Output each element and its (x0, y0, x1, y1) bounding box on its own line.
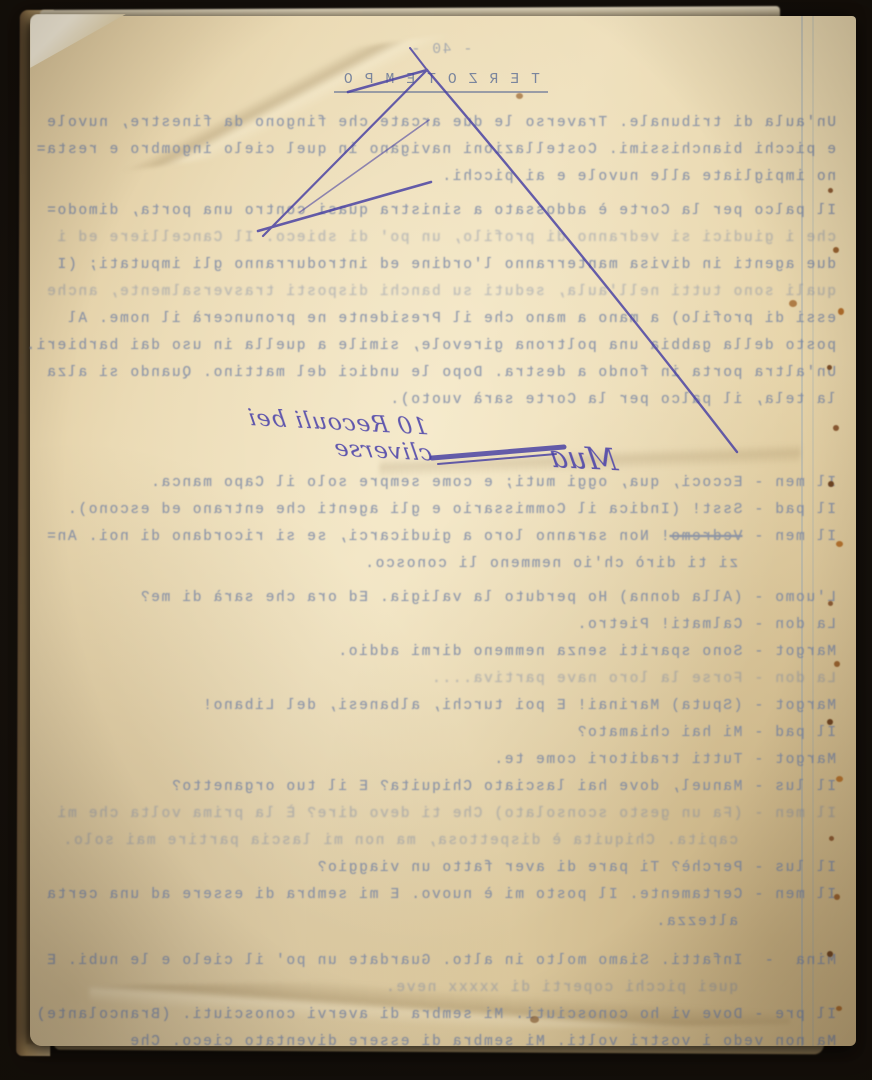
stain-dot (834, 661, 840, 667)
typed-line: Margot - (Sputa) Marinai! E poi turchi, … (46, 693, 836, 720)
stain-dot (827, 365, 832, 370)
typed-line: La don - Calmati! Pietro. (46, 612, 836, 639)
typed-line: posto della gabbia una poltrona girevole… (46, 333, 836, 360)
typed-line: La don - Forse la loro nave partiva.... (46, 666, 836, 693)
typed-line: che i giudici si vedranno di profilo, un… (46, 225, 836, 252)
typed-line: Un'aula di tribunale. Traverso le due ar… (46, 110, 836, 137)
stain-dot (530, 1016, 539, 1023)
typed-line: Il lus - Manuel, dove hai lasciato Chiqu… (46, 774, 836, 801)
stain-dot (836, 1006, 842, 1011)
stain-dot (833, 247, 839, 253)
scan-background: - 40 - T E R Z O T E M P O Un'aula di tr… (0, 0, 872, 1080)
stain-dot (827, 951, 833, 957)
mirrored-content: - 40 - T E R Z O T E M P O Un'aula di tr… (36, 20, 850, 1044)
handwriting-text: Mua 10 Recouli bei cliverse (146, 400, 620, 477)
stain-dot (828, 601, 833, 606)
stain-dot (828, 481, 834, 487)
typed-line: L'uomo - (Alla donna) Ho perduto la vali… (46, 585, 836, 612)
typed-line: Il lus - Perchè? Ti pare di aver fatto u… (46, 855, 836, 882)
typed-line: Margot - Tutti traditori come te. (46, 747, 836, 774)
stain-dot (833, 425, 839, 431)
stain-dot (828, 188, 833, 193)
page-number: - 40 - (46, 42, 836, 58)
typed-line: altezza. (46, 909, 836, 936)
typed-line: Il pad - Mi hai chiamato? (46, 720, 836, 747)
typed-line: Un'altra porta in fondo a destra. Dopo l… (46, 360, 836, 387)
stain-dot (836, 776, 843, 782)
typed-line: Il pad - Ssst! (Indica il Commissario e … (46, 497, 836, 524)
stain-dot (829, 836, 834, 841)
page-title: T E R Z O T E M P O (46, 72, 836, 88)
typed-line: quei picchi coperti di xxxxx neve. (46, 975, 836, 1002)
typed-line: Il men - (Fa un gesto sconsolato) Che ti… (46, 801, 836, 828)
typed-line: capita. Chiquita è dispettosa, ma non mi… (46, 828, 836, 855)
stain-dot (789, 300, 797, 307)
typed-line: zi ti dirò ch'io nemmeno li conosco. (46, 551, 836, 578)
typed-lines: Un'aula di tribunale. Traverso le due ar… (46, 110, 836, 1056)
typed-line: Il men - Certamente. Il posto mi è nuovo… (46, 882, 836, 909)
typed-line: Il men - Eccoci, qua, oggi muti; e come … (46, 470, 836, 497)
stain-dot (516, 93, 523, 99)
typed-line: Mina - Infatti. Siamo molto in alto. Gua… (46, 948, 836, 975)
stain-dot (838, 308, 844, 315)
stain-dot (827, 719, 833, 725)
typed-line: Il men - Vedremo! Non saranno loro a giu… (46, 524, 836, 551)
typed-line: essi di profilo) a mano a mano che il Pr… (46, 306, 836, 333)
typed-content: - 40 - T E R Z O T E M P O Un'aula di tr… (36, 20, 850, 1044)
stain-dot (834, 894, 840, 900)
stain-dot (836, 541, 843, 547)
typed-line: Ma non vedo i vostri volti. Mi sembra di… (46, 1029, 836, 1056)
typed-line: no impigliate alle nuvole e ai picchi. (46, 164, 836, 191)
typed-line: e picchi bianchissimi. Costellazioni nav… (46, 137, 836, 164)
typed-line: quali sono tutti nell'aula, seduti su ba… (46, 279, 836, 306)
handwriting-word: Mua (547, 443, 620, 477)
typed-line: Il pre - Dove vi ho conosciuti. Mi sembr… (46, 1002, 836, 1029)
handwritten-annotation: Mua 10 Recouli bei cliverse (150, 412, 616, 472)
typed-line: Il palco per la Corte è addossato a sini… (46, 198, 836, 225)
typed-line: due agenti in divisa manterranno l'ordin… (46, 252, 836, 279)
typed-line: Margot - Sono spariti senza nemmeno dirm… (46, 639, 836, 666)
